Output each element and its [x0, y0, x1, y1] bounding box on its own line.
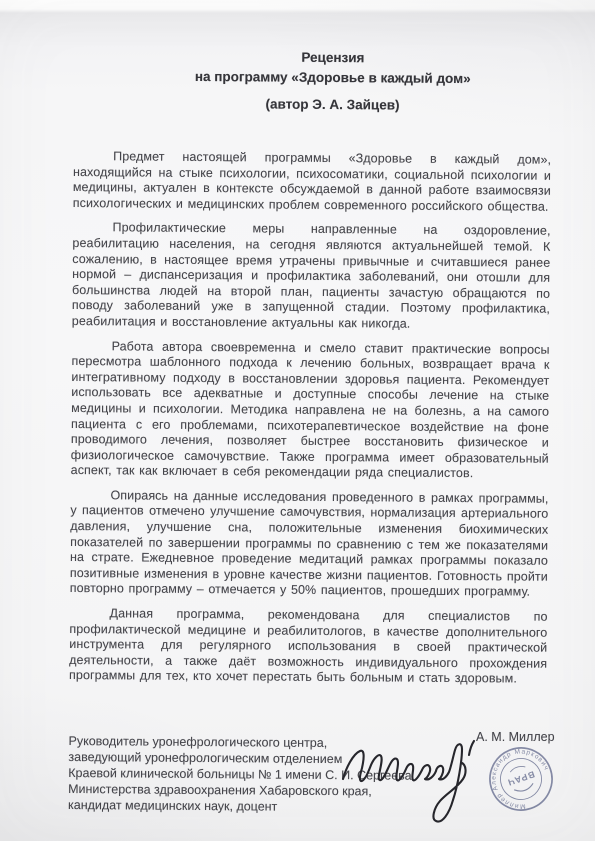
title-line-2: на программу «Здоровье в каждый дом»	[114, 66, 552, 89]
document-body: Предмет настоящей программы «Здоровье в …	[69, 149, 551, 688]
handwritten-signature	[336, 737, 488, 835]
paragraph-3: Работа автора своевременна и смело стави…	[71, 339, 550, 483]
document-content: Рецензия на программу «Здоровье в каждый…	[68, 46, 552, 817]
paragraph-4: Опираясь на данные исследования проведен…	[70, 488, 549, 601]
paragraph-1: Предмет настоящей программы «Здоровье в …	[73, 149, 551, 215]
paragraph-5: Данная программа, рекомендована для спец…	[69, 606, 548, 688]
title-line-3: (автор Э. А. Зайцев)	[113, 93, 551, 116]
document-title: Рецензия на программу «Здоровье в каждый…	[73, 46, 552, 117]
scanned-document-page: Рецензия на программу «Здоровье в каждый…	[0, 0, 595, 841]
paragraph-2: Профилактические меры направленные на оз…	[72, 220, 551, 333]
